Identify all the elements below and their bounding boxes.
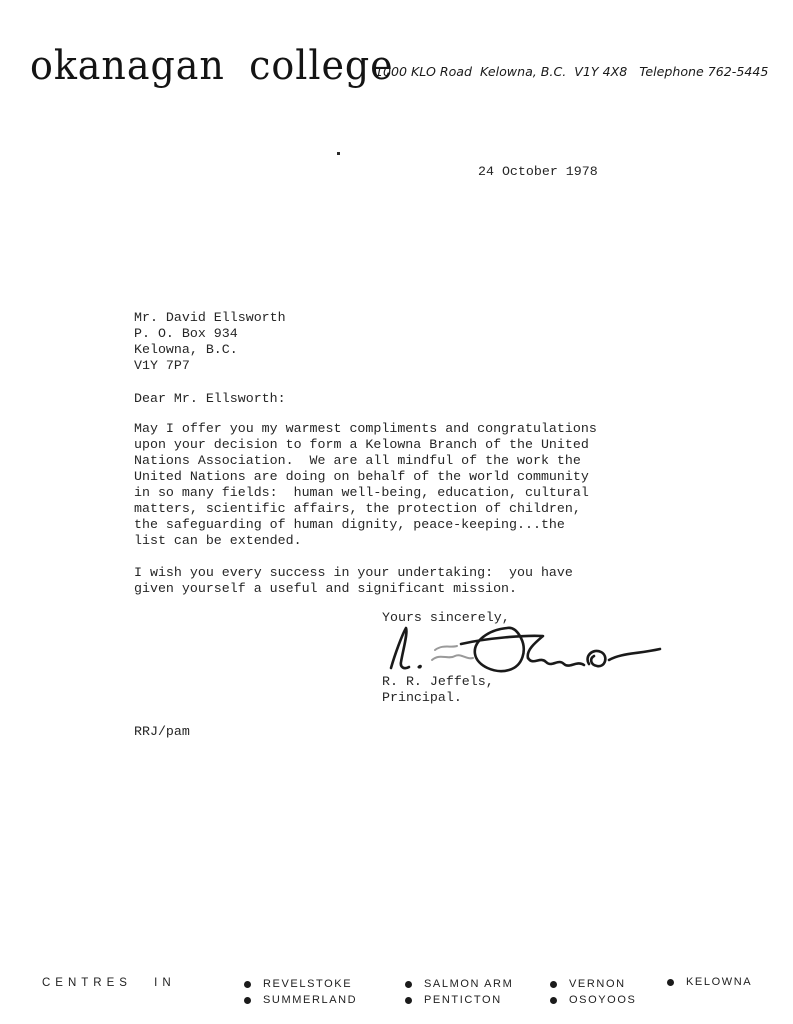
centre-vernon: VERNON <box>550 976 636 992</box>
body-paragraph-1: May I offer you my warmest compliments a… <box>134 421 597 549</box>
signer-title: Principal. <box>382 690 462 706</box>
reference-initials: RRJ/pam <box>134 724 190 740</box>
centres-column-3: VERNON OSOYOOS <box>550 976 636 1008</box>
bullet-icon <box>405 997 412 1004</box>
centre-revelstoke: REVELSTOKE <box>244 976 357 992</box>
recipient-address: Mr. David Ellsworth P. O. Box 934 Kelown… <box>134 310 286 374</box>
centre-label: SUMMERLAND <box>263 994 357 1006</box>
bullet-icon <box>550 997 557 1004</box>
centre-label: VERNON <box>569 978 626 990</box>
centre-label: KELOWNA <box>686 976 752 988</box>
centres-column-4: KELOWNA <box>667 974 752 990</box>
bullet-icon <box>244 997 251 1004</box>
bullet-icon <box>244 981 251 988</box>
centres-column-1: REVELSTOKE SUMMERLAND <box>244 976 357 1008</box>
letterhead-address: 1000 KLO Road Kelowna, B.C. V1Y 4X8 Tele… <box>375 64 768 80</box>
centres-in-label: CENTRES IN <box>42 977 176 989</box>
centre-kelowna: KELOWNA <box>667 974 752 990</box>
centre-summerland: SUMMERLAND <box>244 992 357 1008</box>
signature-icon <box>375 620 665 680</box>
centre-label: PENTICTON <box>424 994 502 1006</box>
scan-speck <box>337 152 340 155</box>
centre-label: SALMON ARM <box>424 978 513 990</box>
letter-date: 24 October 1978 <box>478 164 598 180</box>
bullet-icon <box>667 979 674 986</box>
centre-penticton: PENTICTON <box>405 992 513 1008</box>
signer-name: R. R. Jeffels, <box>382 674 494 690</box>
centre-label: REVELSTOKE <box>263 978 352 990</box>
centre-label: OSOYOOS <box>569 994 636 1006</box>
letter-page: okanagan college 1000 KLO Road Kelowna, … <box>0 0 793 1024</box>
college-logo: okanagan college <box>30 44 394 88</box>
centres-column-2: SALMON ARM PENTICTON <box>405 976 513 1008</box>
salutation: Dear Mr. Ellsworth: <box>134 391 286 407</box>
centre-salmon-arm: SALMON ARM <box>405 976 513 992</box>
bullet-icon <box>405 981 412 988</box>
centre-osoyoos: OSOYOOS <box>550 992 636 1008</box>
signature-scrawl <box>375 620 665 680</box>
body-paragraph-2: I wish you every success in your underta… <box>134 565 573 597</box>
bullet-icon <box>550 981 557 988</box>
